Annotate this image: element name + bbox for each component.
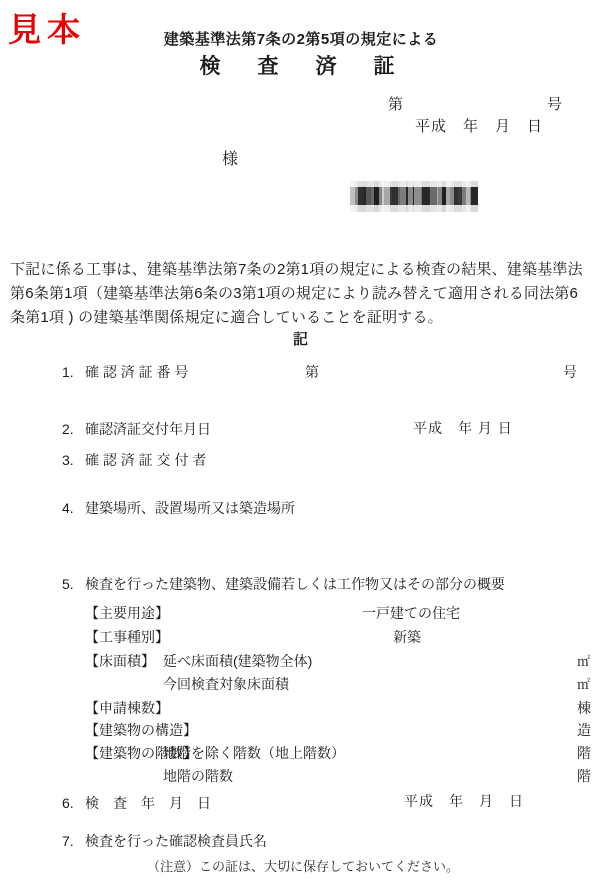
item-label: 確 認 済 証 番 号 <box>85 364 188 380</box>
row-unit-label: ㎡ <box>577 651 590 670</box>
item-cert-issuer: 3.確 認 済 証 交 付 者 <box>62 450 206 470</box>
paragraph-line: 下記に係る工事は、建築基準法第7条の2第1項の規定による検査の結果、建築基準法 <box>10 258 583 282</box>
item-inspector-name: 7.検査を行った確認検査員氏名 <box>62 831 267 851</box>
item-label: 検 査 年 月 日 <box>85 795 211 811</box>
row-bracket-label: 【申請棟数】 <box>85 698 169 718</box>
row-sub-label: 延べ床面積(建築物全体) <box>163 651 312 671</box>
item-label: 確 認 済 証 交 付 者 <box>85 452 206 468</box>
issue-date: 平成 年 月 日 <box>415 115 543 136</box>
item-number: 6. <box>62 795 85 811</box>
addressee-honorific: 様 <box>222 146 238 169</box>
retention-notice: （注意）この証は、大切に保存しておいてください。 <box>147 856 459 875</box>
item-construction-site: 4.建築場所、設置場所又は築造場所 <box>62 498 295 518</box>
item-number: 7. <box>62 833 85 849</box>
doc-number-suffix: 号 <box>547 93 562 114</box>
row-sub-label: 地階を除く階数（地上階数） <box>163 743 345 763</box>
item-cert-issue-date: 2.確認済証交付年月日 <box>62 419 211 439</box>
row-sub-label: 今回検査対象床面積 <box>163 674 289 694</box>
row-bracket-label: 【工事種別】 <box>85 627 169 647</box>
paragraph-line: 第6条第1項（建築基準法第6条の3第1項の規定により読み替えて適用される同法第6 <box>10 282 583 306</box>
item-number: 2. <box>62 421 85 437</box>
item-number: 1. <box>62 364 85 380</box>
row-bracket-label: 【床面積】 <box>85 651 155 671</box>
item-label: 確認済証交付年月日 <box>85 421 211 437</box>
row-bracket-label: 【主要用途】 <box>85 603 169 623</box>
row-unit-label: 階 <box>577 743 591 763</box>
doc-number-prefix: 第 <box>388 93 403 114</box>
item-number: 5. <box>62 576 85 592</box>
row-unit-label: ㎡ <box>577 674 590 693</box>
row-unit-label: 階 <box>577 766 591 786</box>
row-unit-label: 造 <box>577 720 591 740</box>
certification-paragraph: 下記に係る工事は、建築基準法第7条の2第1項の規定による検査の結果、建築基準法 … <box>10 258 583 330</box>
item6-date-value: 平成 年 月 日 <box>404 791 524 811</box>
item-inspected-building-overview: 5.検査を行った建築物、建築設備若しくは工作物又はその部分の概要 <box>62 574 505 594</box>
law-reference-line: 建築基準法第7条の2第5項の規定による <box>0 28 602 49</box>
item-number: 4. <box>62 500 85 516</box>
certificate-title: 検 査 済 証 <box>0 50 602 80</box>
row-sub-label: 地階の階数 <box>163 766 233 786</box>
item-label: 建築場所、設置場所又は築造場所 <box>85 500 295 516</box>
item-number: 3. <box>62 452 85 468</box>
item-inspection-date: 6.検 査 年 月 日 <box>62 793 211 813</box>
item-label: 検査を行った確認検査員氏名 <box>85 833 267 849</box>
ki-marker: 記 <box>0 328 602 349</box>
certificate-page: { "header": { "stamp": "見本", "law_line":… <box>0 0 602 887</box>
item-label: 検査を行った建築物、建築設備若しくは工作物又はその部分の概要 <box>85 576 505 592</box>
item2-date-value: 平成 年 月 日 <box>413 418 513 438</box>
row-value: 新築 <box>393 627 421 647</box>
item1-number-prefix: 第 <box>305 362 319 382</box>
item-confirmation-cert-number: 1.確 認 済 証 番 号 <box>62 362 188 382</box>
row-unit-label: 棟 <box>577 698 591 718</box>
row-bracket-label: 【建築物の構造】 <box>85 720 197 740</box>
row-value: 一戸建ての住宅 <box>362 603 460 623</box>
paragraph-line: 条第1項 ) の建築基準関係規定に適合していることを証明する。 <box>10 306 583 330</box>
item1-number-suffix: 号 <box>563 362 577 382</box>
redacted-name-mosaic <box>350 181 478 212</box>
